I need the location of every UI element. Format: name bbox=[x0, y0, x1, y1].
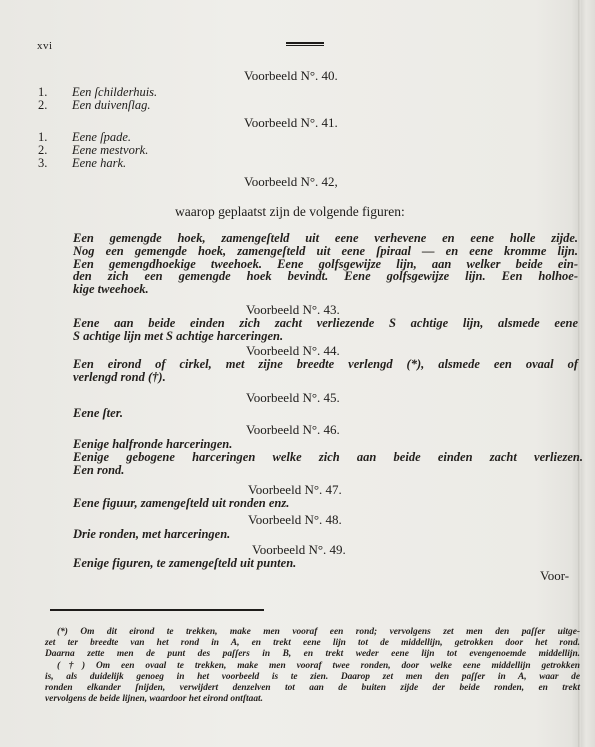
header-rule bbox=[286, 42, 324, 46]
paragraph-voorbeeld-42: Een gemengde hoek, zamengeſteld uit eene… bbox=[73, 232, 578, 296]
paragraph-voorbeeld-49: Eenige figuren, te zamengeſteld uit punt… bbox=[73, 557, 578, 570]
paragraph-voorbeeld-46: Eenige halfronde harceringen. Eenige geb… bbox=[73, 438, 578, 476]
text-line: Eene figuur, zamengeſteld uit ronden enz… bbox=[73, 497, 578, 510]
text-line: Een eirond of cirkel, met zijne breedte … bbox=[73, 358, 578, 371]
heading-voorbeeld-45: Voorbeeld N°. 45. bbox=[246, 390, 340, 406]
text-line: S achtige lijn met S achtige harceringen… bbox=[73, 330, 578, 343]
text-line: Eene ſter. bbox=[73, 407, 578, 420]
text-line: Eenige figuren, te zamengeſteld uit punt… bbox=[73, 557, 578, 570]
text-line: Nog een gemengde hoek, zamengeſteld uit … bbox=[73, 245, 578, 258]
list-item: 2.Een duivenſlag. bbox=[38, 99, 150, 112]
text-line: den zich een gemengde hoek bevindt. Eene… bbox=[73, 270, 578, 283]
page-number: xvi bbox=[37, 40, 53, 52]
text-line: Eene aan beide einden zich zacht verliez… bbox=[73, 317, 578, 330]
paragraph-voorbeeld-44: Een eirond of cirkel, met zijne breedte … bbox=[73, 358, 578, 384]
text-line: Eenige halfronde harceringen. bbox=[73, 438, 578, 451]
section-subtitle: waarop geplaatst zijn de volgende figure… bbox=[175, 204, 405, 220]
item-text: Eene hark. bbox=[72, 156, 126, 170]
footnote-star-line: Daarna zette men de punt des paſſers in … bbox=[45, 649, 580, 660]
item-number: 3. bbox=[38, 157, 72, 170]
heading-voorbeeld-42: Voorbeeld N°. 42, bbox=[244, 174, 338, 190]
footnote-rule bbox=[50, 609, 264, 611]
heading-voorbeeld-46: Voorbeeld N°. 46. bbox=[246, 422, 340, 438]
paragraph-voorbeeld-48: Drie ronden, met harceringen. bbox=[73, 528, 578, 541]
text-line: verlengd rond (†). bbox=[73, 371, 578, 384]
paragraph-voorbeeld-45: Eene ſter. bbox=[73, 407, 578, 420]
text-line: Drie ronden, met harceringen. bbox=[73, 528, 578, 541]
footnote-star-line: zet ter breedte van het rond in A, en tr… bbox=[45, 638, 580, 649]
item-text: Eene ſpade. bbox=[72, 130, 131, 144]
book-page: xvi Voorbeeld N°. 40. 1.Een ſchilderhuis… bbox=[0, 0, 595, 747]
list-item: 3.Eene hark. bbox=[38, 157, 126, 170]
footnote-dagger-line: ronden elkander ſnijden, verwijdert denz… bbox=[45, 683, 580, 694]
heading-voorbeeld-48: Voorbeeld N°. 48. bbox=[248, 512, 342, 528]
paragraph-voorbeeld-43: Eene aan beide einden zich zacht verliez… bbox=[73, 317, 578, 343]
footnote-star-line: (*) Om dit eirond te trekken, make men v… bbox=[45, 627, 580, 638]
item-text: Eene mestvork. bbox=[72, 143, 148, 157]
catchword: Voor- bbox=[540, 568, 569, 584]
text-line: Een gemengde hoek, zamengeſteld uit eene… bbox=[73, 232, 578, 245]
footnote-dagger-line: vervolgens de beide lijnen, waardoor het… bbox=[45, 694, 580, 705]
item-text: Een duivenſlag. bbox=[72, 98, 150, 112]
item-number: 2. bbox=[38, 99, 72, 112]
footnote-dagger-line: is, als duidelijk genoeg in het voorbeel… bbox=[45, 672, 580, 683]
footnotes: (*) Om dit eirond te trekken, make men v… bbox=[45, 627, 580, 705]
text-line: kige tweehoek. bbox=[73, 283, 578, 296]
text-line: Eenige gebogene harceringen welke zich a… bbox=[73, 451, 583, 464]
text-line: Een rond. bbox=[73, 464, 578, 477]
heading-voorbeeld-40: Voorbeeld N°. 40. bbox=[244, 68, 338, 84]
footnote-dagger-line: (†) Om een ovaal te trekken, make men vo… bbox=[45, 661, 580, 672]
paragraph-voorbeeld-47: Eene figuur, zamengeſteld uit ronden enz… bbox=[73, 497, 578, 510]
item-text: Een ſchilderhuis. bbox=[72, 85, 157, 99]
heading-voorbeeld-41: Voorbeeld N°. 41. bbox=[244, 115, 338, 131]
